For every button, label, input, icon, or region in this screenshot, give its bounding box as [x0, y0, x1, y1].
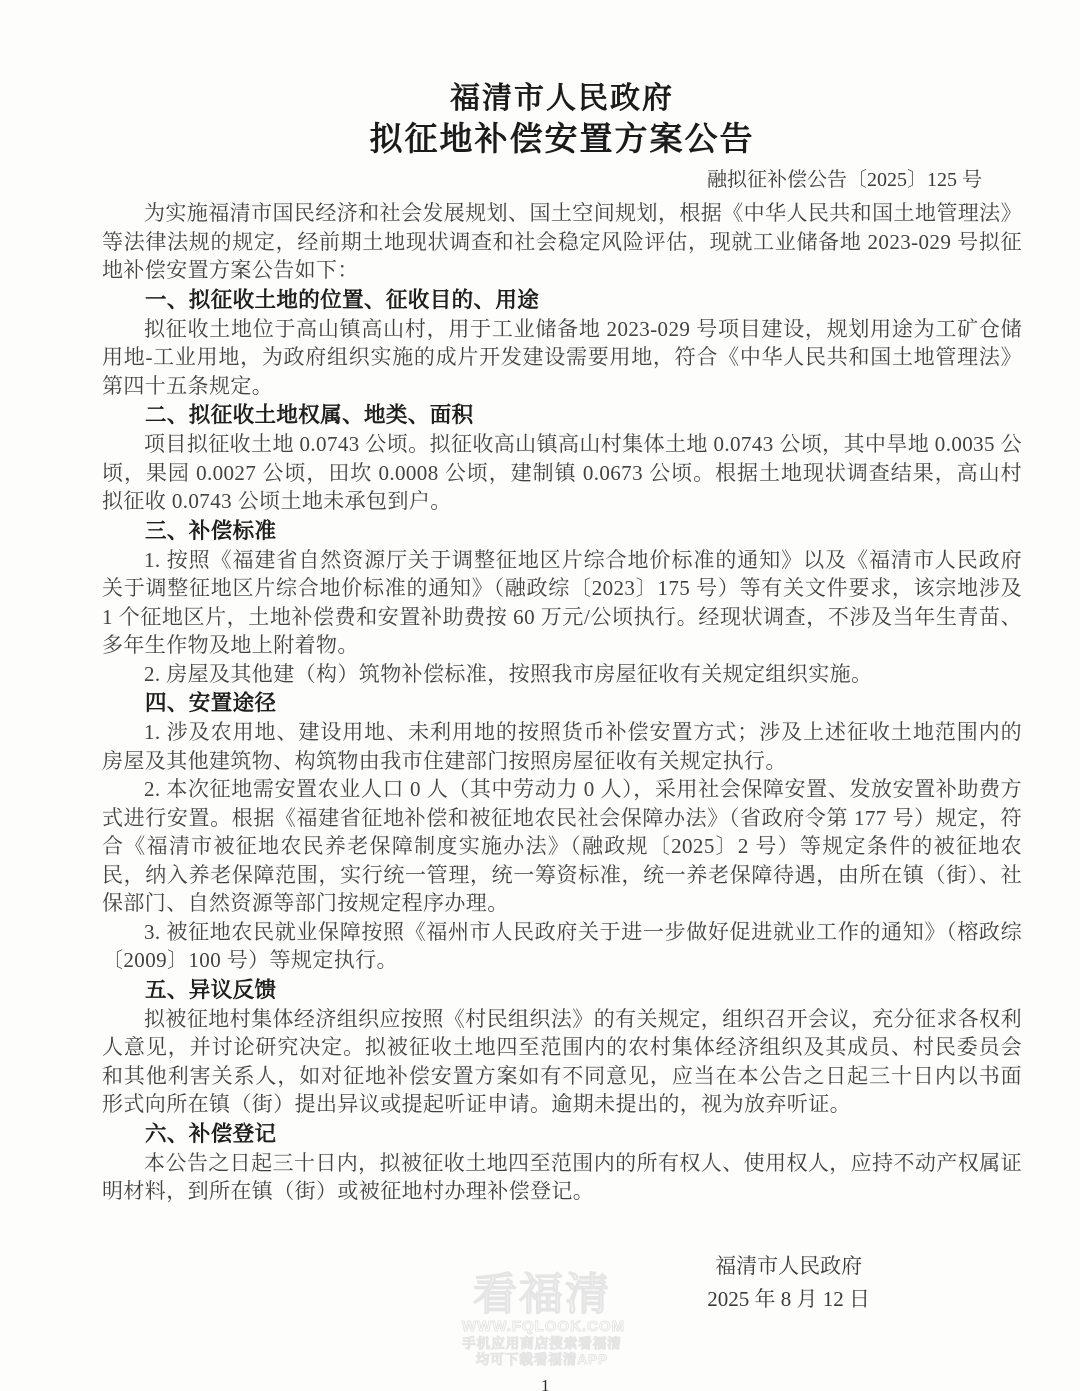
section-2-heading: 二、拟征收土地权属、地类、面积	[102, 401, 1022, 430]
signature-date: 2025 年 8 月 12 日	[707, 1283, 870, 1316]
watermark-url: WWW.FQLOOK.COM	[462, 1318, 622, 1336]
section-6-paragraph: 本公告之日起三十日内，拟被征收土地四至范围内的所有权人、使用权人，应持不动产权属…	[102, 1149, 1022, 1206]
document-content: 福清市人民政府 拟征地补偿安置方案公告 融拟征补偿公告〔2025〕125 号 为…	[102, 80, 1022, 1206]
page-number: 1	[541, 1376, 550, 1391]
watermark-line2: 均可下载看福清APP	[462, 1352, 622, 1368]
section-2-paragraph: 项目拟征收土地 0.0743 公顷。拟征收高山镇高山村集体土地 0.0743 公…	[102, 430, 1022, 516]
signature-issuer: 福清市人民政府	[707, 1250, 870, 1283]
document-body: 为实施福清市国民经济和社会发展规划、国土空间规划，根据《中华人民共和国土地管理法…	[102, 199, 1022, 1206]
announcement-page: 福清市人民政府 拟征地补偿安置方案公告 融拟征补偿公告〔2025〕125 号 为…	[0, 0, 1080, 1391]
section-4-paragraph-3: 3. 被征地农民就业保障按照《福州市人民政府关于进一步做好促进就业工作的通知》（…	[102, 918, 1022, 975]
section-3-heading: 三、补偿标准	[102, 517, 1022, 546]
section-5-heading: 五、异议反馈	[102, 976, 1022, 1005]
section-4-paragraph-1: 1. 涉及农用地、建设用地、未利用地的按照货币补偿安置方式；涉及上述征收土地范围…	[102, 718, 1022, 775]
section-1-paragraph: 拟征收土地位于高山镇高山村，用于工业储备地 2023-029 号项目建设，规划用…	[102, 315, 1022, 401]
section-5-paragraph: 拟被征地村集体经济组织应按照《村民组织法》的有关规定，组织召开会议，充分征求各权…	[102, 1005, 1022, 1119]
section-1-heading: 一、拟征收土地的位置、征收目的、用途	[102, 286, 1022, 315]
watermark: 看福清 WWW.FQLOOK.COM 手机应用商店搜索看福清 均可下载看福清AP…	[462, 1272, 622, 1368]
document-number: 融拟征补偿公告〔2025〕125 号	[102, 167, 1022, 193]
section-4-paragraph-2: 2. 本次征地需安置农业人口 0 人（其中劳动力 0 人），采用社会保障安置、发…	[102, 775, 1022, 918]
signature-block: 福清市人民政府 2025 年 8 月 12 日	[707, 1250, 870, 1316]
intro-paragraph: 为实施福清市国民经济和社会发展规划、国土空间规划，根据《中华人民共和国土地管理法…	[102, 199, 1022, 285]
section-4-heading: 四、安置途径	[102, 689, 1022, 718]
section-3-paragraph-2: 2. 房屋及其他建（构）筑物补偿标准，按照我市房屋征收有关规定组织实施。	[102, 660, 1022, 689]
watermark-brand: 看福清	[462, 1272, 622, 1318]
document-title-line1: 福清市人民政府	[102, 80, 1022, 118]
section-6-heading: 六、补偿登记	[102, 1120, 1022, 1149]
watermark-line1: 手机应用商店搜索看福清	[462, 1336, 622, 1352]
section-3-paragraph-1: 1. 按照《福建省自然资源厅关于调整征地区片综合地价标准的通知》以及《福清市人民…	[102, 546, 1022, 660]
document-title-line2: 拟征地补偿安置方案公告	[102, 118, 1022, 159]
